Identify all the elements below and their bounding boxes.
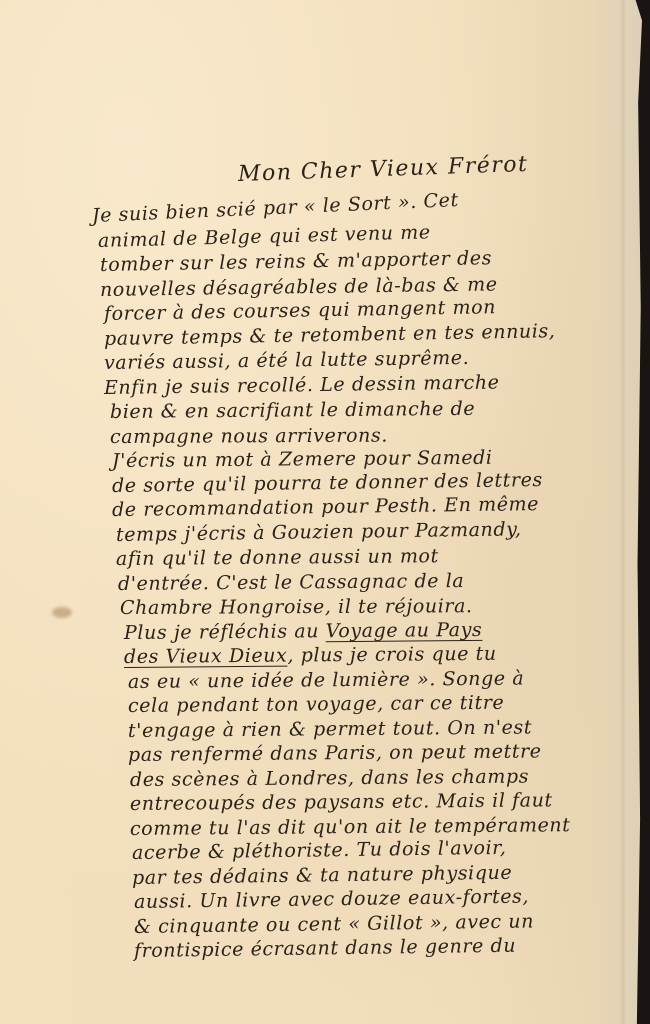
letter-line: & cinquante ou cent « Gillot », avec un xyxy=(134,910,534,938)
letter-line: Enfin je suis recollé. Le dessin marche xyxy=(104,371,500,399)
underlined-title: des Vieux Dieux xyxy=(124,645,288,668)
letter-line: forcer à des courses qui mangent mon xyxy=(104,296,496,325)
letter-line: aussi. Un livre avec douze eaux-fortes, xyxy=(134,885,529,913)
underlined-title: Voyage au Pays xyxy=(326,618,483,641)
letter-line: t'engage à rien & permet tout. On n'est xyxy=(128,716,532,742)
letter-line: bien & en sacrifiant le dimanche de xyxy=(110,398,475,423)
letter-line: des Vieux Dieux, plus je crois que tu xyxy=(124,643,497,668)
letter-line: de recommandation pour Pesth. En même xyxy=(112,493,539,521)
letter-line: afin qu'il te donne aussi un mot xyxy=(116,545,439,570)
letter-line: par tes dédains & ta nature physique xyxy=(132,861,513,888)
letter-line: de sorte qu'il pourra te donner des lett… xyxy=(112,468,543,496)
letter-line: pauvre temps & te retombent en tes ennui… xyxy=(104,320,556,350)
letter-line: des scènes à Londres, dans les champs xyxy=(130,765,529,790)
letter-line: as eu « une idée de lumière ». Songe à xyxy=(128,667,524,692)
letter-line: variés aussi, a été la lutte suprême. xyxy=(104,347,470,374)
salutation: Mon Cher Vieux Frérot xyxy=(238,152,529,187)
letter-line: J'écris un mot à Zemere pour Samedi xyxy=(112,447,493,472)
letter-line: d'entrée. C'est le Cassagnac de la xyxy=(118,569,464,594)
letter-line: campagne nous arriverons. xyxy=(110,424,388,447)
letter-line: cela pendant ton voyage, car ce titre xyxy=(128,692,505,717)
handwritten-letter: Mon Cher Vieux Frérot Je suis bien scié … xyxy=(0,0,650,1024)
letter-line: Plus je réfléchis au Voyage au Pays xyxy=(124,618,483,643)
letter-line: entrecoupés des paysans etc. Mais il fau… xyxy=(130,789,553,815)
letter-line: comme tu l'as dit qu'on ait le tempérame… xyxy=(130,814,571,840)
letter-line: temps j'écris à Gouzien pour Pazmandy, xyxy=(116,518,522,546)
letter-line: tomber sur les reins & m'apporter des xyxy=(100,247,492,276)
letter-line: Chambre Hongroise, il te réjouira. xyxy=(120,595,473,619)
letter-line: pas renfermé dans Paris, on peut mettre xyxy=(128,740,542,766)
letter-line: animal de Belge qui est venu me xyxy=(98,221,431,252)
letter-line: frontispice écrasant dans le genre du xyxy=(134,935,516,962)
letter-line: acerbe & pléthoriste. Tu dois l'avoir, xyxy=(132,837,507,864)
